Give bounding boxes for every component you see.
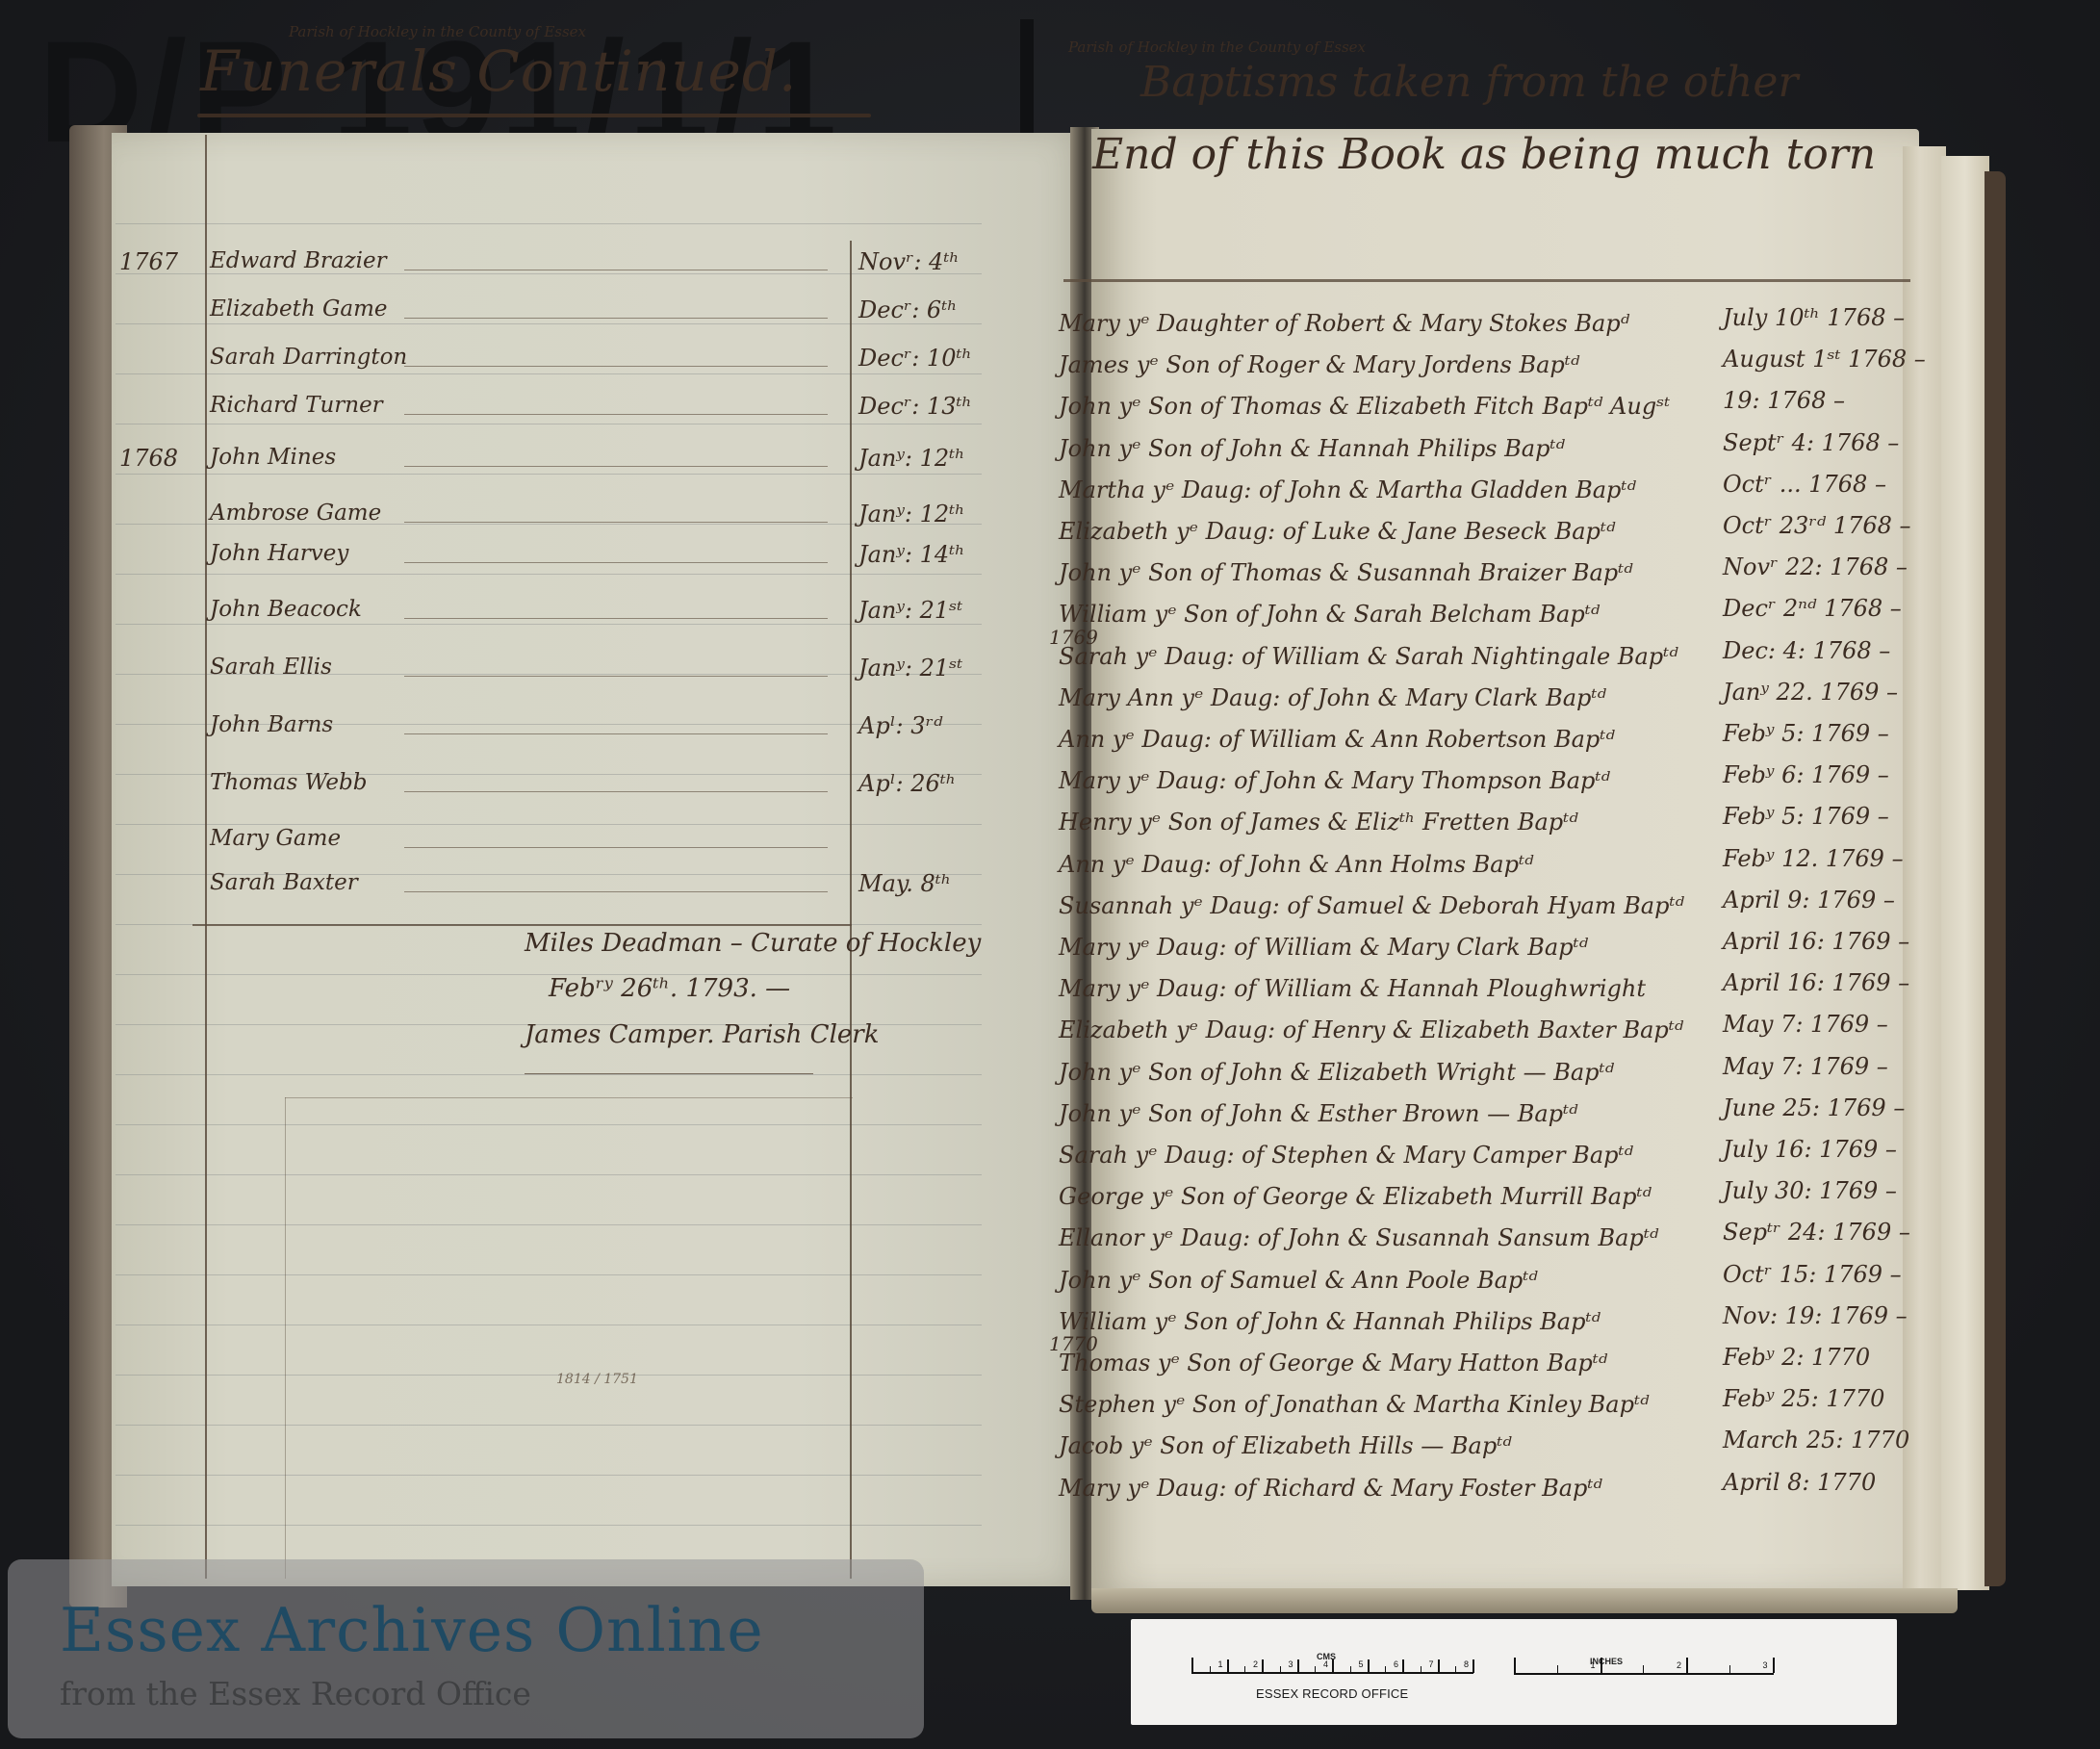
baptism-date: Octʳ 15: 1769 – xyxy=(1723,1261,1902,1288)
page-rule xyxy=(115,474,982,475)
baptism-date: Nov: 19: 1769 – xyxy=(1723,1302,1908,1329)
baptism-entry: John yᵉ Son of John & Hannah Philips Bap… xyxy=(1059,435,1565,462)
right-page-title-line1: Baptisms taken from the other xyxy=(1140,58,1798,107)
baptism-entry: John yᵉ Son of Samuel & Ann Poole Bapᵗᵈ xyxy=(1059,1267,1538,1294)
baptism-date: Febʸ 25: 1770 xyxy=(1723,1385,1884,1412)
funeral-year: 1768 xyxy=(119,445,178,472)
baptism-date: Septʳ 4: 1768 – xyxy=(1723,429,1899,456)
baptism-entry: John yᵉ Son of Thomas & Susannah Braizer… xyxy=(1059,559,1633,586)
ruler-minor-tick xyxy=(1315,1666,1316,1673)
baptism-date: August 1ˢᵗ 1768 – xyxy=(1723,346,1926,373)
page-rule xyxy=(115,1124,982,1125)
baptism-date: Febʸ 12. 1769 – xyxy=(1723,845,1904,872)
ruler-tick xyxy=(1402,1659,1404,1673)
funeral-date: Apˡ: 26ᵗʰ xyxy=(858,770,956,797)
baptism-date: Janʸ 22. 1769 – xyxy=(1723,679,1898,706)
funeral-date: Janʸ: 12ᵗʰ xyxy=(858,501,964,527)
entry-dash-line xyxy=(404,562,828,563)
register-book xyxy=(69,114,2004,1615)
funeral-name: Sarah Darrington xyxy=(210,345,407,370)
baptism-entry: Susannah yᵉ Daug: of Samuel & Deborah Hy… xyxy=(1059,892,1684,919)
ruler-tick xyxy=(1191,1658,1193,1673)
baptism-entry: Ann yᵉ Daug: of John & Ann Holms Bapᵗᵈ xyxy=(1059,851,1533,878)
ruler-tick xyxy=(1473,1659,1474,1673)
ruler-minor-tick xyxy=(1421,1666,1421,1673)
funeral-name: Thomas Webb xyxy=(210,770,367,795)
baptism-entry: Mary yᵉ Daug: of Richard & Mary Foster B… xyxy=(1059,1475,1602,1502)
title-underline xyxy=(197,114,871,117)
baptism-date: Febʸ 5: 1769 – xyxy=(1723,803,1889,830)
page-rule xyxy=(115,1174,982,1175)
baptism-entry: Mary yᵉ Daug: of William & Hannah Plough… xyxy=(1059,975,1646,1002)
baptism-entry: George yᵉ Son of George & Elizabeth Murr… xyxy=(1059,1183,1652,1210)
baptism-date: April 16: 1769 – xyxy=(1723,969,1909,996)
funeral-name: Sarah Ellis xyxy=(210,655,332,680)
cms-tick-label: 7 xyxy=(1429,1659,1434,1669)
baptism-date: April 9: 1769 – xyxy=(1723,887,1895,913)
ruler-minor-tick xyxy=(1385,1666,1386,1673)
baptism-entry: Ellanor yᵉ Daug: of John & Susannah Sans… xyxy=(1059,1224,1658,1251)
entry-dash-line xyxy=(404,676,828,677)
entry-dash-line xyxy=(404,366,828,367)
page-rule xyxy=(115,1074,982,1075)
entry-dash-line xyxy=(404,847,828,848)
cms-tick-label: 3 xyxy=(1289,1659,1293,1669)
page-rule xyxy=(115,1224,982,1225)
inch-tick-label: 2 xyxy=(1677,1660,1681,1670)
date-column-rule xyxy=(850,241,852,1579)
baptism-date: May 7: 1769 – xyxy=(1723,1011,1888,1038)
page-rule xyxy=(115,1525,982,1526)
baptism-entry: James yᵉ Son of Roger & Mary Jordens Bap… xyxy=(1059,351,1579,378)
baptism-date: Decʳ 2ⁿᵈ 1768 – xyxy=(1723,595,1902,622)
ruler-minor-tick xyxy=(1455,1666,1456,1673)
page-rule xyxy=(115,574,982,575)
baptism-entry: Sarah yᵉ Daug: of Stephen & Mary Camper … xyxy=(1059,1142,1633,1169)
page-rule xyxy=(115,624,982,625)
baptism-date: April 16: 1769 – xyxy=(1723,928,1909,955)
left-margin-rule xyxy=(205,135,207,1579)
baptism-entry: William yᵉ Son of John & Hannah Philips … xyxy=(1059,1308,1601,1335)
entry-dash-line xyxy=(404,733,828,734)
signature-clerk: James Camper. Parish Clerk xyxy=(525,1020,879,1049)
page-rule xyxy=(115,1425,982,1426)
ruler-tick xyxy=(1227,1659,1229,1673)
baptism-entry: William yᵉ Son of John & Sarah Belcham B… xyxy=(1059,601,1600,628)
page-rule xyxy=(115,824,982,825)
funeral-date: Janʸ: 21ˢᵗ xyxy=(858,597,962,624)
baptism-date: Octʳ ... 1768 – xyxy=(1723,471,1886,498)
left-page-title: Funerals Continued. xyxy=(200,39,797,104)
baptism-date: July 16: 1769 – xyxy=(1723,1136,1897,1163)
baptism-date: 19: 1768 – xyxy=(1723,387,1845,414)
ruler-tick xyxy=(1601,1658,1602,1673)
baptism-entry: Mary Ann yᵉ Daug: of John & Mary Clark B… xyxy=(1059,684,1606,711)
ruler-tick xyxy=(1686,1658,1688,1673)
baptism-entry: Stephen yᵉ Son of Jonathan & Martha Kinl… xyxy=(1059,1391,1650,1418)
baptism-entry: Mary yᵉ Daug: of William & Mary Clark Ba… xyxy=(1059,934,1588,961)
ruler-tick xyxy=(1368,1659,1370,1673)
inch-tick-label: 3 xyxy=(1763,1660,1768,1670)
cms-tick-label: 6 xyxy=(1394,1659,1398,1669)
entry-dash-line xyxy=(404,414,828,415)
right-parish-heading: Parish of Hockley in the County of Essex xyxy=(1068,39,1366,56)
page-rule xyxy=(115,1475,982,1476)
baptism-date: Novʳ 22: 1768 – xyxy=(1723,553,1908,580)
baptism-date: Octʳ 23ʳᵈ 1768 – xyxy=(1723,512,1911,539)
pencil-note: 1814 / 1751 xyxy=(556,1372,638,1387)
ruler-minor-tick xyxy=(1729,1665,1730,1673)
funeral-name: Mary Game xyxy=(210,826,341,851)
entries-end-rule xyxy=(192,924,852,926)
ruler-minor-tick xyxy=(1280,1666,1281,1673)
cms-tick-label: 8 xyxy=(1464,1659,1469,1669)
watermark-subtitle: from the Essex Record Office xyxy=(60,1675,531,1712)
entry-dash-line xyxy=(404,891,828,892)
cms-tick-label: 1 xyxy=(1218,1659,1223,1669)
faint-rule xyxy=(285,1097,286,1579)
signature-date: Febʳʸ 26ᵗʰ. 1793. — xyxy=(549,974,790,1003)
cms-tick-label: 4 xyxy=(1323,1659,1328,1669)
funeral-name: Richard Turner xyxy=(210,393,383,418)
entry-dash-line xyxy=(404,270,828,270)
page-bottom-edge xyxy=(1091,1588,1958,1613)
funeral-date: Decʳ: 10ᵗʰ xyxy=(858,345,972,372)
ruler-minor-tick xyxy=(1210,1666,1211,1673)
funeral-date: Novʳ: 4ᵗʰ xyxy=(858,248,960,275)
entry-dash-line xyxy=(404,618,828,619)
ruler-minor-tick xyxy=(1350,1666,1351,1673)
baptism-date: July 10ᵗʰ 1768 – xyxy=(1723,304,1905,331)
ruler-tick xyxy=(1438,1659,1440,1673)
ruler-tick xyxy=(1514,1658,1516,1673)
funeral-date: Decʳ: 6ᵗʰ xyxy=(858,296,958,323)
funeral-name: Sarah Baxter xyxy=(210,870,358,895)
baptism-entry: Ann yᵉ Daug: of William & Ann Robertson … xyxy=(1059,726,1615,753)
funeral-name: Elizabeth Game xyxy=(210,296,388,322)
funeral-year: 1767 xyxy=(119,248,178,275)
ruler-minor-tick xyxy=(1643,1665,1644,1673)
right-page-title-line2: End of this Book as being much torn xyxy=(1092,130,1876,179)
ruler-tick xyxy=(1773,1658,1775,1673)
funeral-name: John Harvey xyxy=(210,541,348,566)
baptism-date: Febʸ 2: 1770 xyxy=(1723,1344,1870,1371)
funeral-date: Decʳ: 13ᵗʰ xyxy=(858,393,972,420)
baptism-entry: Elizabeth yᵉ Daug: of Henry & Elizabeth … xyxy=(1059,1016,1683,1043)
page-rule xyxy=(115,373,982,374)
baptism-entry: Thomas yᵉ Son of George & Mary Hatton Ba… xyxy=(1059,1350,1607,1376)
baptism-entry: Martha yᵉ Daug: of John & Martha Gladden… xyxy=(1059,476,1636,503)
title-underline xyxy=(1063,279,1910,282)
funeral-name: John Barns xyxy=(210,712,333,737)
baptism-date: March 25: 1770 xyxy=(1723,1427,1909,1453)
entry-dash-line xyxy=(404,318,828,319)
baptism-date: Dec: 4: 1768 – xyxy=(1723,637,1890,664)
page-rule xyxy=(115,323,982,324)
funeral-date: Janʸ: 12ᵗʰ xyxy=(858,445,964,472)
funeral-name: Ambrose Game xyxy=(210,501,381,526)
scale-card-footer: ESSEX RECORD OFFICE xyxy=(1256,1686,1408,1701)
faint-rule xyxy=(285,1097,853,1098)
baptism-date: Febʸ 6: 1769 – xyxy=(1723,761,1889,788)
baptism-entry: John yᵉ Son of John & Elizabeth Wright —… xyxy=(1059,1059,1614,1086)
baptism-date: Sepᵗʳ 24: 1769 – xyxy=(1723,1219,1910,1246)
inch-tick-label: 1 xyxy=(1591,1660,1596,1670)
page-rule xyxy=(115,223,982,224)
baptism-date: April 8: 1770 xyxy=(1723,1469,1876,1496)
baptism-entry: Elizabeth yᵉ Daug: of Luke & Jane Beseck… xyxy=(1059,518,1615,545)
cms-tick-label: 2 xyxy=(1253,1659,1258,1669)
watermark-title: Essex Archives Online xyxy=(60,1595,764,1665)
signature-underline xyxy=(525,1073,813,1074)
funeral-date: May. 8ᵗʰ xyxy=(858,870,951,897)
page-rule xyxy=(115,1325,982,1325)
signature-curate: Miles Deadman – Curate of Hockley xyxy=(525,929,981,958)
ruler-tick xyxy=(1297,1659,1299,1673)
inch-ruler-line xyxy=(1514,1673,1774,1675)
page-rule xyxy=(115,273,982,274)
baptism-date: July 30: 1769 – xyxy=(1723,1177,1897,1204)
baptism-date: May 7: 1769 – xyxy=(1723,1053,1888,1080)
ruler-tick xyxy=(1262,1659,1264,1673)
funeral-name: Edward Brazier xyxy=(210,248,387,273)
entry-dash-line xyxy=(404,791,828,792)
funeral-name: John Beacock xyxy=(210,597,362,622)
funeral-date: Janʸ: 21ˢᵗ xyxy=(858,655,962,682)
page-stack-edge xyxy=(1941,156,1989,1590)
page-rule xyxy=(115,1375,982,1376)
baptism-date: Febʸ 5: 1769 – xyxy=(1723,720,1889,747)
funeral-date: Apˡ: 3ʳᵈ xyxy=(858,712,942,739)
cms-tick-label: 5 xyxy=(1359,1659,1364,1669)
entry-dash-line xyxy=(404,466,828,467)
ruler-minor-tick xyxy=(1244,1666,1245,1673)
baptism-date: June 25: 1769 – xyxy=(1723,1094,1905,1121)
ruler-minor-tick xyxy=(1557,1665,1558,1673)
ruler-tick xyxy=(1332,1659,1334,1673)
baptism-entry: John yᵉ Son of John & Esther Brown — Bap… xyxy=(1059,1100,1578,1127)
baptism-entry: Henry yᵉ Son of James & Elizᵗʰ Fretten B… xyxy=(1059,809,1578,836)
baptism-entry: Mary yᵉ Daughter of Robert & Mary Stokes… xyxy=(1059,310,1629,337)
page-rule xyxy=(115,1274,982,1275)
baptism-entry: Sarah yᵉ Daug: of William & Sarah Nighti… xyxy=(1059,643,1678,670)
funeral-name: John Mines xyxy=(210,445,336,470)
baptism-entry: Jacob yᵉ Son of Elizabeth Hills — Bapᵗᵈ xyxy=(1059,1432,1512,1459)
right-cover-edge xyxy=(1985,171,2006,1586)
page-rule xyxy=(115,424,982,424)
baptism-entry: Mary yᵉ Daug: of John & Mary Thompson Ba… xyxy=(1059,767,1610,794)
baptism-entry: John yᵉ Son of Thomas & Elizabeth Fitch … xyxy=(1059,393,1670,420)
funeral-date: Janʸ: 14ᵗʰ xyxy=(858,541,964,568)
entry-dash-line xyxy=(404,522,828,523)
